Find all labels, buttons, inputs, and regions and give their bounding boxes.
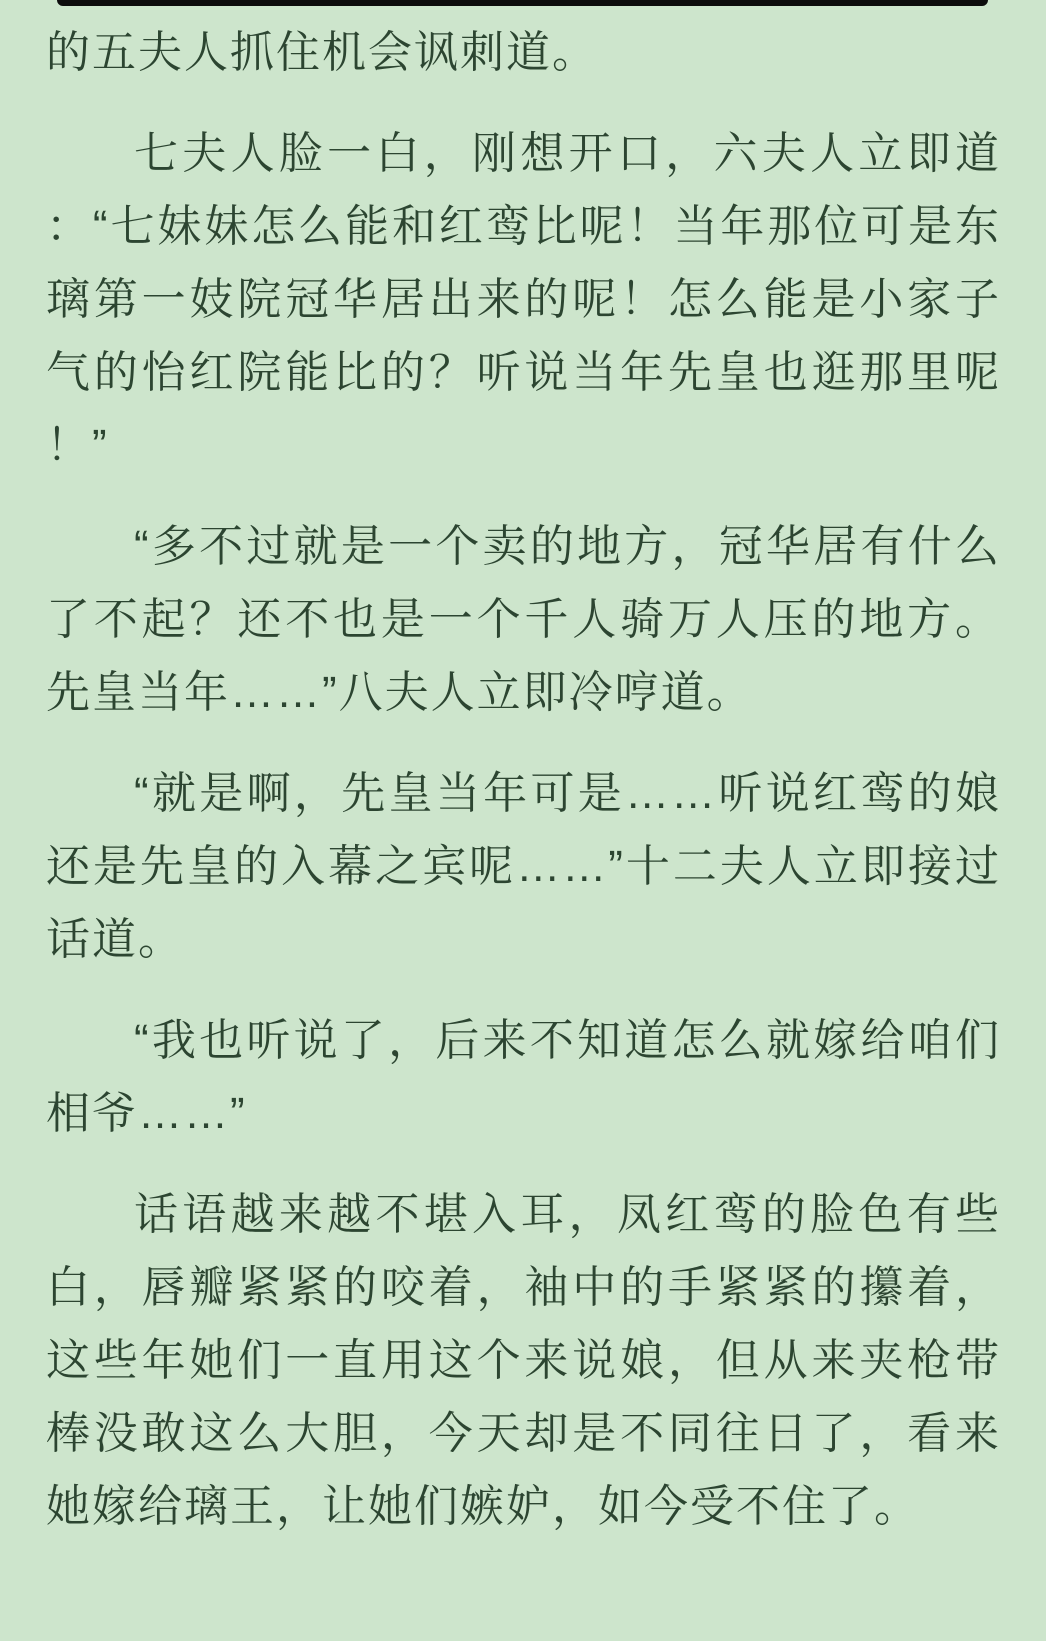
paragraph: “多不过就是一个卖的地方，冠华居有什么了不起？还不也是一个千人骑万人压的地方。先… (46, 510, 1001, 729)
novel-text: 的五夫人抓住机会讽刺道。七夫人脸一白，刚想开口，六夫人立即道：“七妹妹怎么能和红… (46, 16, 1001, 1543)
paragraph: 的五夫人抓住机会讽刺道。 (46, 16, 1001, 89)
paragraph: 话语越来越不堪入耳，凤红鸾的脸色有些白，唇瓣紧紧的咬着，袖中的手紧紧的攥着，这些… (46, 1178, 1001, 1543)
paragraph: “我也听说了，后来不知道怎么就嫁给咱们相爷……” (46, 1004, 1001, 1150)
reader-screen: { "page": { "background_color": "#cde5cc… (0, 0, 1046, 1641)
reading-area[interactable]: 的五夫人抓住机会讽刺道。七夫人脸一白，刚想开口，六夫人立即道：“七妹妹怎么能和红… (0, 0, 1046, 1543)
paragraph: 七夫人脸一白，刚想开口，六夫人立即道：“七妹妹怎么能和红鸾比呢！当年那位可是东璃… (46, 117, 1001, 482)
paragraph: “就是啊，先皇当年可是……听说红鸾的娘还是先皇的入幕之宾呢……”十二夫人立即接过… (46, 757, 1001, 976)
top-cutoff-bar (57, 0, 988, 6)
